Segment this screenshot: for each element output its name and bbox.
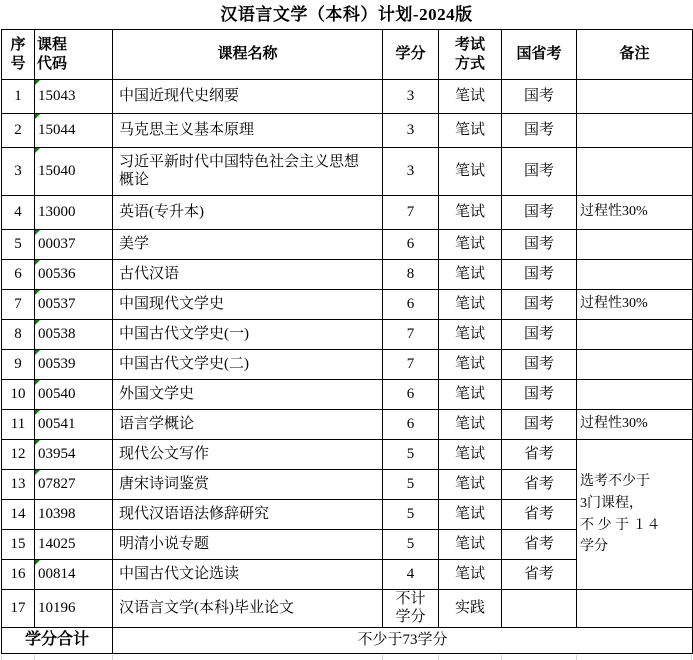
cell-remark — [577, 380, 693, 410]
course-table-body: 115043中国近现代史纲要3笔试国考215044马克思主义基本原理3笔试国考3… — [2, 80, 693, 628]
cell-exam-level: 省考 — [502, 560, 577, 590]
cell-course-name: 英语(专升本) — [113, 196, 383, 230]
cell-course-name: 美学 — [113, 230, 383, 260]
cell-corner-marker-icon — [35, 290, 40, 295]
header-course-code-label: 课程代码 — [37, 36, 69, 74]
gridline-tick — [382, 655, 383, 660]
gridline-tick — [112, 655, 113, 660]
cell-course-name: 外国文学史 — [113, 380, 383, 410]
cell-exam-level: 国考 — [502, 380, 577, 410]
cell-credits: 3 — [383, 148, 439, 196]
table-row: 1203954现代公文写作5笔试省考选考不少于 3门课程， 不 少 于 １４ 学… — [2, 440, 693, 470]
page-title: 汉语言文学（本科）计划-2024版 — [0, 0, 693, 29]
cell-corner-marker-icon — [35, 560, 40, 565]
cell-remark: 过程性30% — [577, 290, 693, 320]
cell-exam-level: 国考 — [502, 260, 577, 290]
table-row: 800538中国古代文学史(一)7笔试国考 — [2, 320, 693, 350]
cell-credits: 8 — [383, 260, 439, 290]
summary-row: 学分合计 不少于73学分 — [2, 628, 693, 654]
cell-credits: 不计学分 — [383, 590, 439, 628]
cell-course-code: 15040 — [35, 148, 113, 196]
cell-remark-merged: 选考不少于 3门课程， 不 少 于 １４ 学分 — [577, 440, 693, 590]
cell-credits: 4 — [383, 560, 439, 590]
cell-exam-method: 笔试 — [439, 380, 502, 410]
total-credits-label: 学分合计 — [2, 628, 113, 654]
cell-remark — [577, 350, 693, 380]
cell-exam-method: 笔试 — [439, 530, 502, 560]
cell-corner-marker-icon — [35, 410, 40, 415]
table-row: 1100541语言学概论6笔试国考过程性30% — [2, 410, 693, 440]
cell-credits: 7 — [383, 350, 439, 380]
cell-course-name: 习近平新时代中国特色社会主义思想概论 — [113, 148, 383, 196]
table-row: 413000英语(专升本)7笔试国考过程性30% — [2, 196, 693, 230]
header-exam-method-label: 考试方式 — [454, 36, 486, 74]
cell-index: 15 — [2, 530, 35, 560]
table-row: 900539中国古代文学史(二)7笔试国考 — [2, 350, 693, 380]
header-row: 序号 课程代码 课程名称 学分 考试方式 国省考 备注 — [2, 30, 693, 80]
cell-exam-level: 国考 — [502, 80, 577, 114]
cell-course-name: 中国古代文学史(一) — [113, 320, 383, 350]
cell-corner-marker-icon — [35, 470, 40, 475]
gridline-tick — [34, 655, 35, 660]
cell-exam-method: 笔试 — [439, 410, 502, 440]
cell-course-name: 现代公文写作 — [113, 440, 383, 470]
cell-remark — [577, 590, 693, 628]
cell-index: 8 — [2, 320, 35, 350]
cell-course-code: 00539 — [35, 350, 113, 380]
next-row-gridline-ticks — [0, 654, 693, 660]
cell-corner-marker-icon — [35, 230, 40, 235]
cell-exam-level: 省考 — [502, 530, 577, 560]
gridline-tick — [576, 655, 577, 660]
cell-exam-level: 省考 — [502, 440, 577, 470]
cell-course-code: 07827 — [35, 470, 113, 500]
table-row: 700537中国现代文学史6笔试国考过程性30% — [2, 290, 693, 320]
cell-corner-marker-icon — [35, 350, 40, 355]
cell-exam-method: 笔试 — [439, 440, 502, 470]
total-credits-value: 不少于73学分 — [113, 628, 693, 654]
cell-index: 1 — [2, 80, 35, 114]
cell-credits: 5 — [383, 440, 439, 470]
cell-course-code: 00541 — [35, 410, 113, 440]
cell-remark — [577, 148, 693, 196]
cell-credits: 7 — [383, 320, 439, 350]
cell-exam-level: 国考 — [502, 114, 577, 148]
cell-index: 14 — [2, 500, 35, 530]
cell-course-code: 10398 — [35, 500, 113, 530]
cell-index: 17 — [2, 590, 35, 628]
cell-course-code: 10196 — [35, 590, 113, 628]
cell-index: 5 — [2, 230, 35, 260]
cell-exam-method: 笔试 — [439, 196, 502, 230]
cell-credits: 6 — [383, 230, 439, 260]
cell-exam-level: 省考 — [502, 470, 577, 500]
cell-corner-marker-icon — [35, 320, 40, 325]
cell-index: 13 — [2, 470, 35, 500]
cell-credits: 3 — [383, 80, 439, 114]
cell-course-code: 00540 — [35, 380, 113, 410]
cell-course-code: 03954 — [35, 440, 113, 470]
header-index: 序号 — [2, 30, 35, 80]
cell-remark — [577, 320, 693, 350]
table-footer: 学分合计 不少于73学分 — [2, 628, 693, 654]
cell-corner-marker-icon — [35, 440, 40, 445]
cell-exam-level: 国考 — [502, 410, 577, 440]
cell-remark: 过程性30% — [577, 410, 693, 440]
cell-exam-method: 笔试 — [439, 350, 502, 380]
gridline-tick — [501, 655, 502, 660]
table-row: 1000540外国文学史6笔试国考 — [2, 380, 693, 410]
cell-course-code: 13000 — [35, 196, 113, 230]
cell-corner-marker-icon — [35, 80, 40, 85]
cell-exam-method: 笔试 — [439, 230, 502, 260]
cell-exam-level: 国考 — [502, 148, 577, 196]
cell-exam-method: 笔试 — [439, 470, 502, 500]
cell-exam-level: 国考 — [502, 320, 577, 350]
cell-exam-method: 笔试 — [439, 560, 502, 590]
cell-course-code: 00537 — [35, 290, 113, 320]
cell-credits: 6 — [383, 380, 439, 410]
cell-credits: 3 — [383, 114, 439, 148]
cell-exam-method: 笔试 — [439, 260, 502, 290]
cell-exam-level — [502, 590, 577, 628]
cell-exam-level: 省考 — [502, 500, 577, 530]
cell-credits: 5 — [383, 530, 439, 560]
cell-exam-method: 笔试 — [439, 320, 502, 350]
cell-index: 6 — [2, 260, 35, 290]
cell-exam-level: 国考 — [502, 350, 577, 380]
cell-course-code: 00814 — [35, 560, 113, 590]
cell-remark: 过程性30% — [577, 196, 693, 230]
header-exam-method: 考试方式 — [439, 30, 502, 80]
table-row: 315040习近平新时代中国特色社会主义思想概论3笔试国考 — [2, 148, 693, 196]
cell-index: 9 — [2, 350, 35, 380]
cell-exam-method: 实践 — [439, 590, 502, 628]
cell-course-code: 15043 — [35, 80, 113, 114]
cell-index: 10 — [2, 380, 35, 410]
cell-exam-level: 国考 — [502, 230, 577, 260]
gridline-tick — [1, 655, 2, 660]
cell-index: 4 — [2, 196, 35, 230]
cell-corner-marker-icon — [35, 148, 40, 153]
cell-course-name: 中国现代文学史 — [113, 290, 383, 320]
cell-course-code: 00538 — [35, 320, 113, 350]
gridline-tick — [438, 655, 439, 660]
cell-corner-marker-icon — [35, 260, 40, 265]
cell-exam-method: 笔试 — [439, 80, 502, 114]
table-row: 600536古代汉语8笔试国考 — [2, 260, 693, 290]
header-exam-level: 国省考 — [502, 30, 577, 80]
cell-exam-level: 国考 — [502, 196, 577, 230]
gridline-tick — [691, 655, 692, 660]
cell-exam-method: 笔试 — [439, 290, 502, 320]
header-course-name: 课程名称 — [113, 30, 383, 80]
cell-exam-method: 笔试 — [439, 500, 502, 530]
cell-corner-marker-icon — [35, 114, 40, 119]
cell-course-name: 马克思主义基本原理 — [113, 114, 383, 148]
cell-index: 11 — [2, 410, 35, 440]
cell-course-name: 唐宋诗词鉴赏 — [113, 470, 383, 500]
cell-course-code: 00037 — [35, 230, 113, 260]
cell-credits: 6 — [383, 410, 439, 440]
cell-index: 2 — [2, 114, 35, 148]
cell-course-name: 明清小说专题 — [113, 530, 383, 560]
cell-course-name: 语言学概论 — [113, 410, 383, 440]
cell-remark — [577, 80, 693, 114]
cell-course-name: 中国古代文学史(二) — [113, 350, 383, 380]
table-row: 500037美学6笔试国考 — [2, 230, 693, 260]
cell-course-name: 现代汉语语法修辞研究 — [113, 500, 383, 530]
table-row: 1710196汉语言文学(本科)毕业论文不计学分实践 — [2, 590, 693, 628]
table-header: 序号 课程代码 课程名称 学分 考试方式 国省考 备注 — [2, 30, 693, 80]
cell-index: 7 — [2, 290, 35, 320]
cell-course-name: 中国古代文论选读 — [113, 560, 383, 590]
header-course-code: 课程代码 — [35, 30, 113, 80]
cell-credits: 5 — [383, 500, 439, 530]
table-row: 215044马克思主义基本原理3笔试国考 — [2, 114, 693, 148]
cell-remark — [577, 114, 693, 148]
cell-remark — [577, 260, 693, 290]
cell-corner-marker-icon — [35, 380, 40, 385]
cell-course-name: 中国近现代史纲要 — [113, 80, 383, 114]
cell-index: 3 — [2, 148, 35, 196]
cell-exam-level: 国考 — [502, 290, 577, 320]
header-index-label: 序号 — [9, 36, 26, 74]
course-plan-table: 序号 课程代码 课程名称 学分 考试方式 国省考 备注 115043中国近现代史… — [1, 29, 693, 654]
header-remark: 备注 — [577, 30, 693, 80]
cell-credits: 5 — [383, 470, 439, 500]
cell-course-name: 古代汉语 — [113, 260, 383, 290]
cell-course-name: 汉语言文学(本科)毕业论文 — [113, 590, 383, 628]
cell-index: 16 — [2, 560, 35, 590]
cell-course-code: 00536 — [35, 260, 113, 290]
cell-course-code: 15044 — [35, 114, 113, 148]
cell-exam-method: 笔试 — [439, 114, 502, 148]
cell-credits: 7 — [383, 196, 439, 230]
cell-index: 12 — [2, 440, 35, 470]
cell-credits: 6 — [383, 290, 439, 320]
cell-exam-method: 笔试 — [439, 148, 502, 196]
spreadsheet-page: 汉语言文学（本科）计划-2024版 序号 课程代码 课程名称 学分 考试方式 国… — [0, 0, 693, 660]
cell-remark — [577, 230, 693, 260]
header-credits: 学分 — [383, 30, 439, 80]
cell-course-code: 14025 — [35, 530, 113, 560]
table-row: 115043中国近现代史纲要3笔试国考 — [2, 80, 693, 114]
